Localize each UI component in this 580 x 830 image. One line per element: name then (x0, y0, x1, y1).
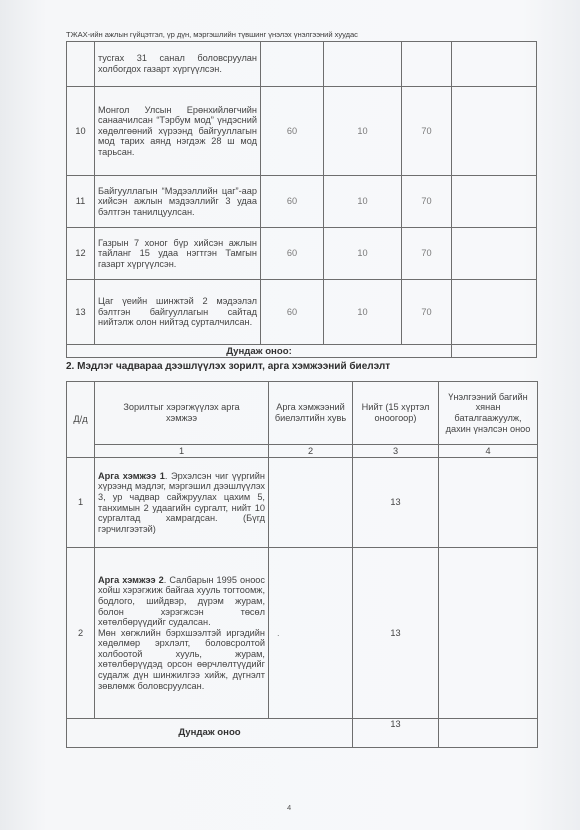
header-action: Зорилтыг хэрэгжүүлэх арга хэмжээ (95, 382, 269, 445)
table-row: 2 Арга хэмжээ 2. Салбарын 1995 оноос хой… (67, 548, 538, 719)
cell-col6 (452, 42, 537, 87)
row-number: 11 (67, 176, 95, 228)
average-team-score (439, 719, 538, 748)
cell-col5: 70 (402, 87, 452, 176)
cell-col6 (452, 176, 537, 228)
row-text: Цаг үеийн шинжтэй 2 мэдээлэл бэлтгэн бай… (95, 280, 261, 345)
average-value (452, 345, 537, 358)
row-text: Газрын 7 хоног бүр хийсэн ажлын тайланг … (95, 228, 261, 280)
row-text: Арга хэмжээ 1. Эрхэлсэн чиг үүргийн хүрэ… (95, 458, 269, 548)
row-number: 12 (67, 228, 95, 280)
column-number: 1 (95, 445, 269, 458)
table-row: 10 Монгол Улсын Ерөнхийлөгчийн санаачилс… (67, 87, 537, 176)
row-number: 10 (67, 87, 95, 176)
action-title: Арга хэмжээ 1 (98, 471, 165, 481)
header-number: Д/д (67, 382, 95, 458)
evaluation-table-1: тусгах 31 санал боловсруулан холбогдох г… (66, 41, 537, 358)
cell-col3: 60 (261, 87, 324, 176)
cell-col3: 60 (261, 176, 324, 228)
action-title: Арга хэмжээ 2 (98, 575, 164, 585)
column-number-row: 1 2 3 4 (67, 445, 538, 458)
page-number: 4 (287, 803, 291, 812)
cell-col3 (261, 42, 324, 87)
cell-col6 (452, 280, 537, 345)
row-text: тусгах 31 санал боловсруулан холбогдох г… (95, 42, 261, 87)
row-number: 1 (67, 458, 95, 548)
row-text: Байгууллагын “Мэдээллийн цаг”-аар хийсэн… (95, 176, 261, 228)
cell-col4 (324, 42, 402, 87)
cell-total: 13 (353, 458, 439, 548)
header-total: Нийт (15 хүртэл оноогоор) (353, 382, 439, 445)
average-row: Дундаж оноо 13 (67, 719, 538, 748)
column-number: 3 (353, 445, 439, 458)
cell-col4: 10 (324, 176, 402, 228)
row-text: Монгол Улсын Ерөнхийлөгчийн санаачилсан … (95, 87, 261, 176)
cell-team-score (439, 458, 538, 548)
action-text-2: Мөн хөгжлийн бэрхшээлтэй иргэдийн хөдөлм… (98, 628, 265, 691)
header-completion: Арга хэмжээний биелэлтийн хувь (269, 382, 353, 445)
cell-completion (269, 458, 353, 548)
average-label: Дундаж оноо: (67, 345, 452, 358)
cell-col4: 10 (324, 87, 402, 176)
cell-completion: . (269, 548, 353, 719)
row-number: 2 (67, 548, 95, 719)
column-number: 2 (269, 445, 353, 458)
cell-col4: 10 (324, 280, 402, 345)
cell-col3: 60 (261, 280, 324, 345)
cell-team-score (439, 548, 538, 719)
table-row: 1 Арга хэмжээ 1. Эрхэлсэн чиг үүргийн хү… (67, 458, 538, 548)
evaluation-table-2: Д/д Зорилтыг хэрэгжүүлэх арга хэмжээ Арг… (66, 381, 538, 748)
cell-total: 13 (353, 548, 439, 719)
cell-col6 (452, 228, 537, 280)
cell-col5 (402, 42, 452, 87)
cell-col4: 10 (324, 228, 402, 280)
cell-col3: 60 (261, 228, 324, 280)
row-number: 13 (67, 280, 95, 345)
table-row: 12 Газрын 7 хоног бүр хийсэн ажлын тайла… (67, 228, 537, 280)
table-row: 11 Байгууллагын “Мэдээллийн цаг”-аар хий… (67, 176, 537, 228)
row-text: Арга хэмжээ 2. Салбарын 1995 оноос хойш … (95, 548, 269, 719)
section-2-title: 2. Мэдлэг чадвараа дээшлүүлэх зорилт, ар… (66, 361, 390, 372)
average-label: Дундаж оноо (67, 719, 353, 748)
cell-col5: 70 (402, 280, 452, 345)
row-number (67, 42, 95, 87)
cell-col5: 70 (402, 228, 452, 280)
cell-col5: 70 (402, 176, 452, 228)
table-row: 13 Цаг үеийн шинжтэй 2 мэдээлэл бэлтгэн … (67, 280, 537, 345)
column-number: 4 (439, 445, 538, 458)
header-team-score: Үнэлгээний багийн хянан баталгаажуулж, д… (439, 382, 538, 445)
header-row: Д/д Зорилтыг хэрэгжүүлэх арга хэмжээ Арг… (67, 382, 538, 445)
table-row: тусгах 31 санал боловсруулан холбогдох г… (67, 42, 537, 87)
average-row: Дундаж оноо: (67, 345, 537, 358)
average-value: 13 (353, 719, 439, 748)
page-header: ТЖАХ-ийн ажлын гүйцэтгэл, үр дүн, мэргэш… (66, 30, 358, 39)
cell-col6 (452, 87, 537, 176)
